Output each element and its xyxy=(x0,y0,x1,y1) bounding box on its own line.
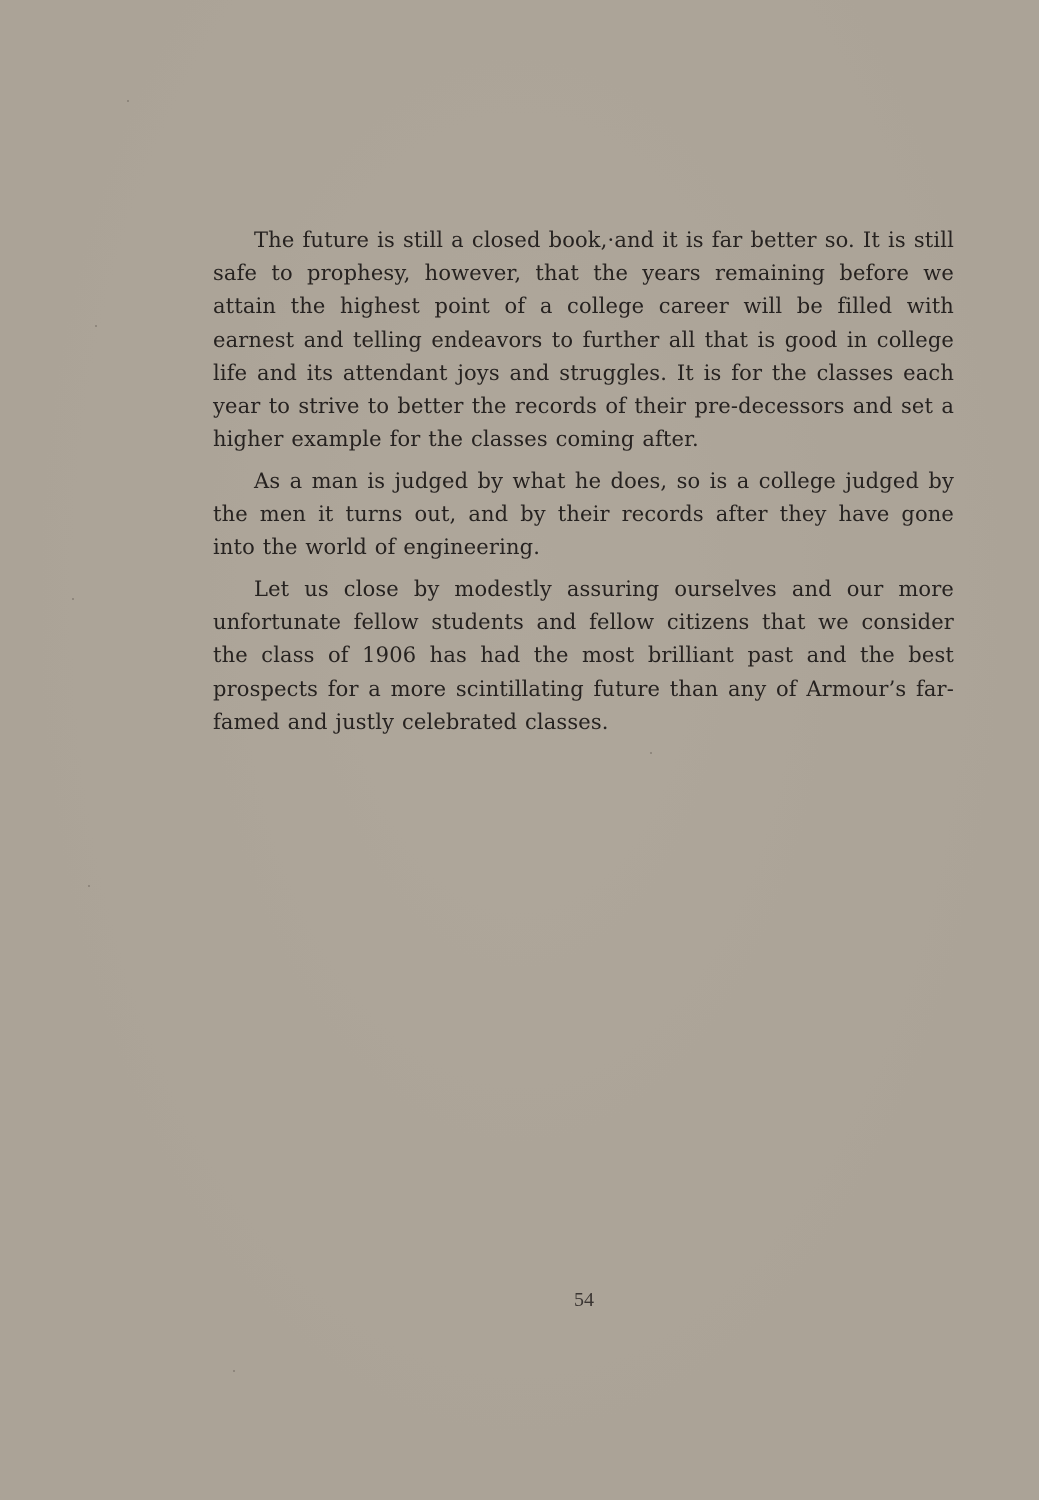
paper-speck xyxy=(95,325,97,327)
paragraph-closing: Let us close by modestly assuring oursel… xyxy=(213,573,954,739)
paragraph-future: The future is still a closed book,·and i… xyxy=(213,224,954,456)
paragraph-judged: As a man is judged by what he does, so i… xyxy=(213,465,954,565)
paper-speck xyxy=(233,1370,235,1372)
document-page: The future is still a closed book,·and i… xyxy=(0,0,1039,1500)
paper-speck xyxy=(88,885,90,887)
body-text: The future is still a closed book,·and i… xyxy=(213,224,954,739)
paper-speck xyxy=(127,100,129,102)
paper-speck xyxy=(650,752,652,754)
paper-speck xyxy=(72,598,74,600)
page-number: 54 xyxy=(574,1289,594,1312)
